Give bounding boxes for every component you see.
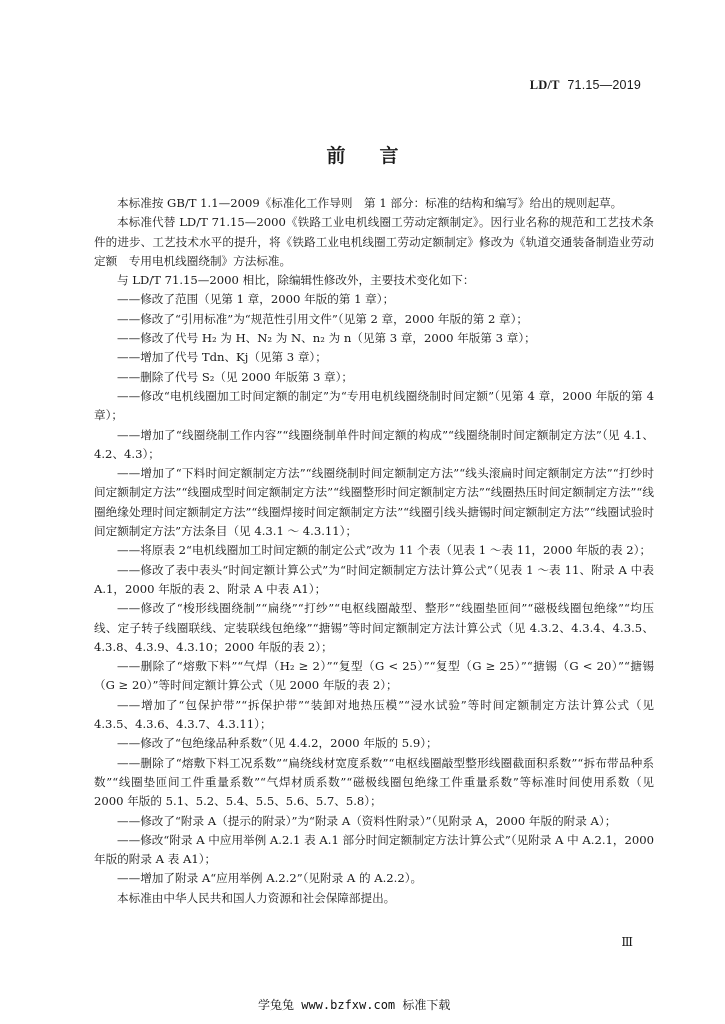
change-item: ——修改了表中表头“时间定额计算公式”为“时间定额制定方法计算公式”（见表 1 … (94, 561, 654, 600)
change-item: ——删除了代号 S₂（见 2000 年版第 3 章）； (94, 368, 654, 387)
change-item: ——修改了“梭形线圈绕制”“扁绕”“打纱”“电枢线圈敲型、整形”“线圈垫匝间”“… (94, 599, 654, 657)
page-number: Ⅲ (621, 935, 633, 949)
paragraph-drafting-rules: 本标准按 GB/T 1.1—2009《标准化工作导则 第 1 部分：标准的结构和… (94, 194, 654, 213)
change-item: ——修改“电机线圈加工时间定额的制定”为“专用电机线圈绕制时间定额”（见第 4 … (94, 387, 654, 426)
change-item: ——修改“附录 A 中应用举例 A.2.1 表 A.1 部分时间定额制定方法计算… (94, 831, 654, 870)
change-item: ——修改了“引用标准”为“规范性引用文件”（见第 2 章，2000 年版的第 2… (94, 310, 654, 329)
paragraph-proposed-by: 本标准由中华人民共和国人力资源和社会保障部提出。 (94, 889, 654, 908)
standard-number: 71.15—2019 (567, 78, 641, 92)
change-item: ——修改了“包绝缘品种系数”（见 4.4.2，2000 年版的 5.9）； (94, 734, 654, 753)
standard-prefix: LD/T (530, 78, 560, 92)
change-item: ——增加了“包保护带”“拆保护带”“装卸对地热压模”“浸水试验”等时间定额制定方… (94, 696, 654, 735)
paragraph-replaces: 本标准代替 LD/T 71.15—2000《铁路工业电机线圈工劳动定额制定》。因… (94, 213, 654, 271)
change-item: ——增加了“下料时间定额制定方法”“线圈绕制时间定额制定方法”“线头滚扁时间定额… (94, 464, 654, 541)
page-title: 前言 (0, 141, 725, 168)
standard-code: LD/T 71.15—2019 (530, 78, 641, 93)
change-item: ——增加了代号 Tdn、Kj（见第 3 章）； (94, 348, 654, 367)
change-item: ——删除了“熔敷下料”“气焊（H₂ ≥ 2）”“复型（G < 25）”“复型（G… (94, 657, 654, 696)
change-item: ——修改了范围（见第 1 章，2000 年版的第 1 章）； (94, 290, 654, 309)
change-item: ——修改了代号 H₂ 为 H、N₂ 为 N、n₂ 为 n（见第 3 章，2000… (94, 329, 654, 348)
document-body: 本标准按 GB/T 1.1—2009《标准化工作导则 第 1 部分：标准的结构和… (94, 194, 654, 908)
change-item: ——删除了“熔敷下料工况系数”“扁绕线材宽度系数”“电枢线圈敲型整形线圈截面积系… (94, 754, 654, 812)
change-item: ——将原表 2“电机线圈加工时间定额的制定公式”改为 11 个表（见表 1 ～表… (94, 541, 654, 560)
change-item: ——修改了“附录 A（提示的附录）”为“附录 A（资料性附录）”（见附录 A，2… (94, 812, 654, 831)
paragraph-changes-intro: 与 LD/T 71.15—2000 相比，除编辑性修改外，主要技术变化如下： (94, 271, 654, 290)
change-item: ——增加了“线圈绕制工作内容”“线圈绕制单件时间定额的构成”“线圈绕制时间定额制… (94, 426, 654, 465)
footer-watermark: 学兔兔 www.bzfxw.com 标准下载 (258, 996, 450, 1013)
change-item: ——增加了附录 A“应用举例 A.2.2”（见附录 A 的 A.2.2）。 (94, 869, 654, 888)
